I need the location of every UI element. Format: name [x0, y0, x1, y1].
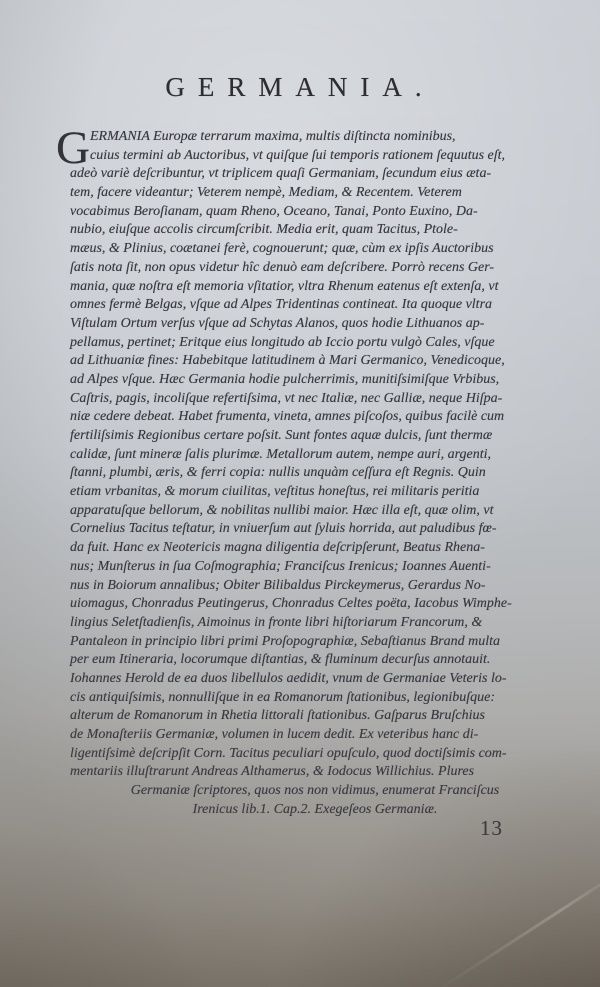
- text-line: nus; Munſterus in ſua Coſmographia; Fran…: [70, 558, 560, 577]
- text-line: mæus, & Plinius, coætanei ferè, cognouer…: [70, 240, 560, 259]
- text-line: Caſtris, pagis, incoliſque refertiſsima,…: [70, 390, 560, 409]
- text-line: mentariis illuſtrarunt Andreas Althameru…: [70, 763, 560, 782]
- page-number: 13: [480, 816, 503, 841]
- text-line: omnes fermè Belgas, vſque ad Alpes Tride…: [70, 296, 560, 315]
- text-line: adeò variè deſcribuntur, vt triplicem qu…: [70, 165, 560, 184]
- text-line: apparatuſque bellorum, & nobilitas nulli…: [70, 502, 560, 521]
- text-line: uiomagus, Chonradus Peutingerus, Chonrad…: [70, 595, 560, 614]
- text-line: Pantaleon in principio libri primi Proſo…: [70, 633, 560, 652]
- text-line: ERMANIA Europæ terrarum maxima, multis d…: [70, 128, 560, 147]
- text-line: de Monaſteriis Germaniæ, volumen in luce…: [70, 726, 560, 745]
- book-page-photo: GERMANIA. G ERMANIA Europæ terrarum maxi…: [0, 0, 600, 987]
- text-line: tem, facere videantur; Veterem nempè, Me…: [70, 184, 560, 203]
- text-line: niæ cedere debeat. Habet frumenta, vinet…: [70, 408, 560, 427]
- text-line: nus in Boiorum annalibus; Obiter Bilibal…: [70, 577, 560, 596]
- text-line: Germaniæ ſcriptores, quos nos non vidimu…: [70, 782, 560, 801]
- text-line: mania, quæ noſtra eſt memoria vſitatior,…: [70, 278, 560, 297]
- text-line: cis antiquiſsimis, nonnulliſque in ea Ro…: [70, 689, 560, 708]
- text-line: ad Lithuaniæ fines: Habebitque latitudin…: [70, 352, 560, 371]
- text-line: ad Alpes vſque. Hæc Germania hodie pulch…: [70, 371, 560, 390]
- text-line: cuius termini ab Auctoribus, vt quiſque …: [70, 147, 560, 166]
- text-line: lingius Seletſtadienſis, Aimoinus in fro…: [70, 614, 560, 633]
- text-line: da fuit. Hanc ex Neotericis magna dilige…: [70, 539, 560, 558]
- body-text: G ERMANIA Europæ terrarum maxima, multis…: [70, 128, 560, 819]
- page-title: GERMANIA.: [0, 72, 600, 103]
- text-line: Cornelius Tacitus teſtatur, in vniuerſum…: [70, 520, 560, 539]
- text-line: nubio, eiuſque accolis circumſcribit. Me…: [70, 221, 560, 240]
- text-line: pellamus, pertinet; Eritque eius longitu…: [70, 334, 560, 353]
- text-line: Iohannes Herold de ea duos libellulos ae…: [70, 670, 560, 689]
- text-line: vocabimus Beroſianam, quam Rheno, Oceano…: [70, 203, 560, 222]
- text-line: fertiliſsimis Regionibus certare poſsit.…: [70, 427, 560, 446]
- text-line: ligentiſsimè deſcripſit Corn. Tacitus pe…: [70, 745, 560, 764]
- text-line: ſatis nota ſit, non opus videtur hîc den…: [70, 259, 560, 278]
- page-edge-highlight: [436, 875, 600, 987]
- drop-cap: G: [56, 125, 90, 172]
- text-line: Viſtulam Ortum verſus vſque ad Schytas A…: [70, 315, 560, 334]
- text-line: ſtanni, plumbi, æris, & ferri copia: nul…: [70, 464, 560, 483]
- text-line: alterum de Romanorum in Rhetia littorali…: [70, 707, 560, 726]
- text-line: etiam vrbanitas, & morum ciuilitas, veſt…: [70, 483, 560, 502]
- text-line: per eum Itineraria, locorumque diſtantia…: [70, 651, 560, 670]
- text-line: calidæ, ſunt mineræ ſalis plurimæ. Metal…: [70, 446, 560, 465]
